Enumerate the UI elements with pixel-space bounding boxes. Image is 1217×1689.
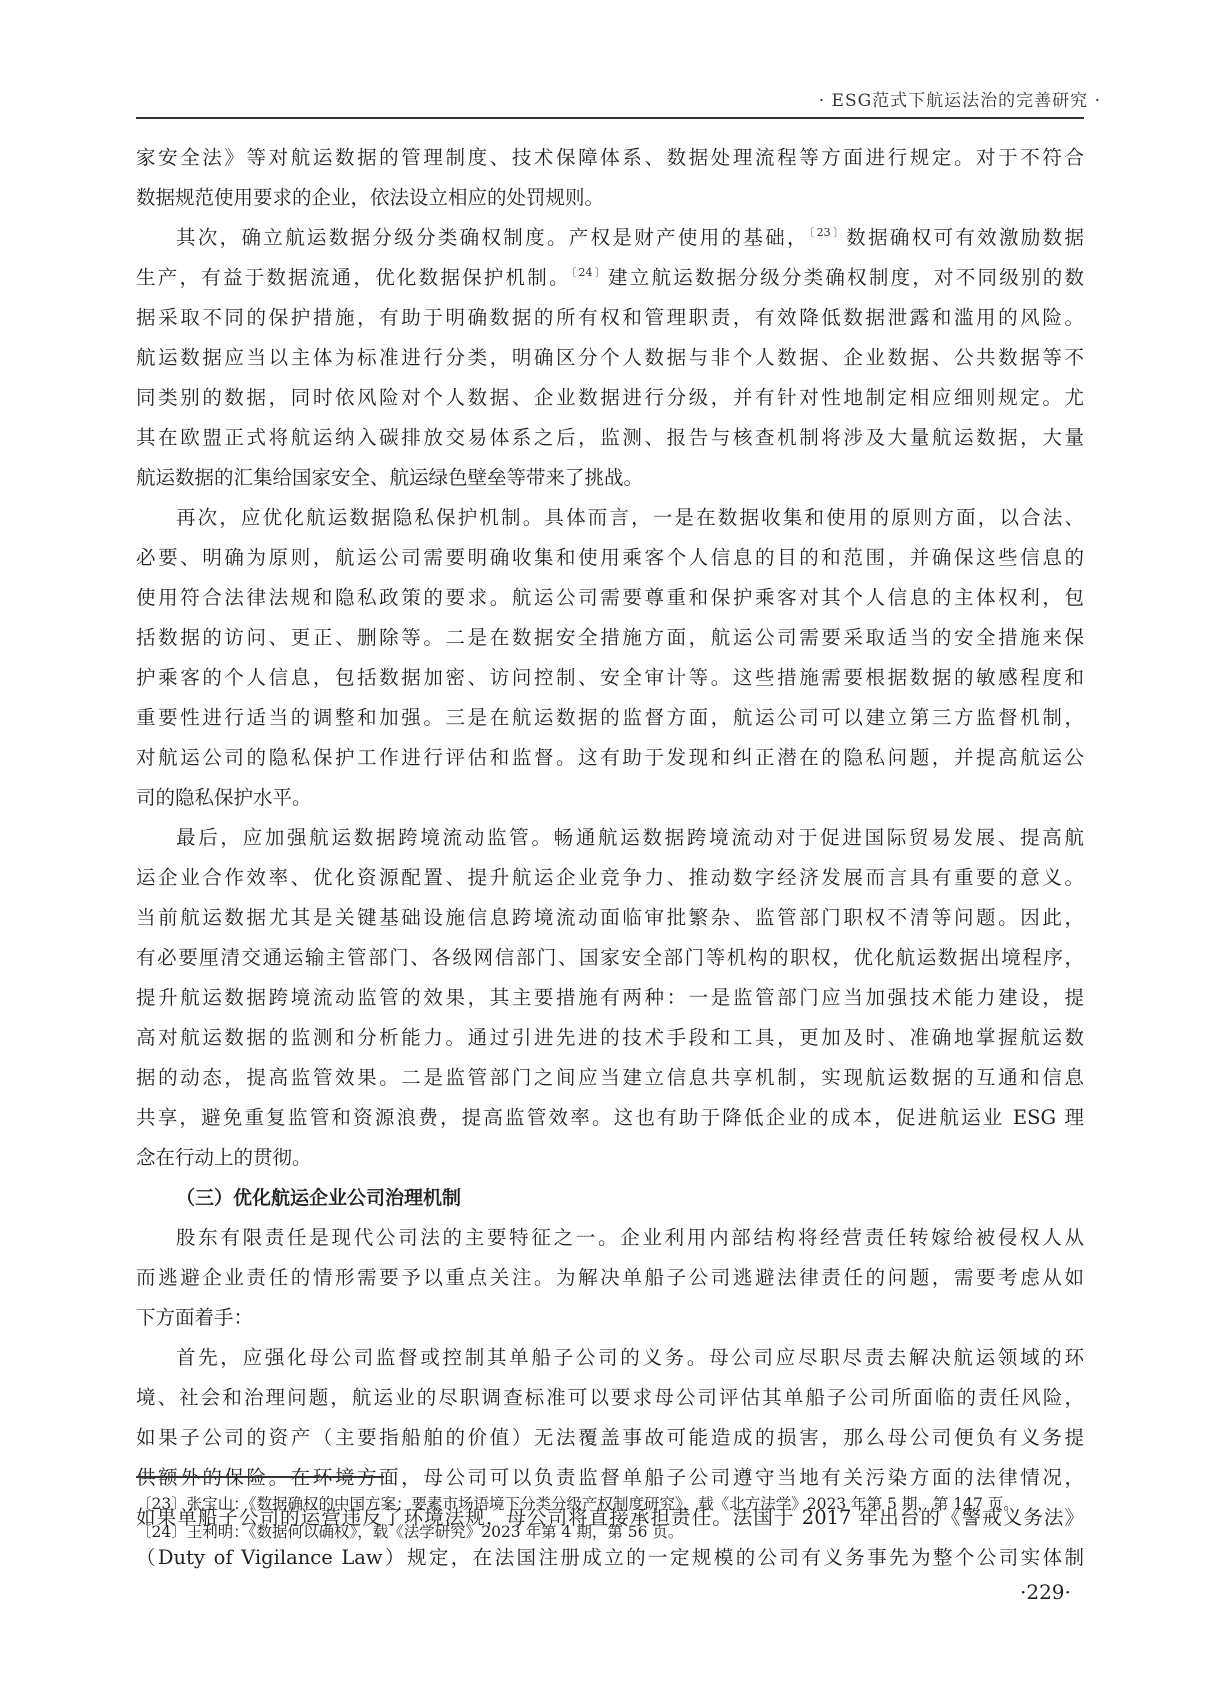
body-line: 使用符合法律法规和隐私政策的要求。航运公司需要尊重和保护乘客对其个人信息的主体权… — [136, 578, 1084, 618]
body-line: 重要性进行适当的调整和加强。三是在航运数据的监督方面，航运公司可以建立第三方监督… — [136, 698, 1084, 738]
body-line: 航运数据应当以主体为标准进行分类，明确区分个人数据与非个人数据、企业数据、公共数… — [136, 338, 1084, 378]
body-line: 股东有限责任是现代公司法的主要特征之一。企业利用内部结构将经营责任转嫁给被侵权人… — [136, 1218, 1084, 1258]
body-line: 必要、明确为原则，航运公司需要明确收集和使用乘客个人信息的目的和范围，并确保这些… — [136, 538, 1084, 578]
body-line: 如果子公司的资产（主要指船舶的价值）无法覆盖事故可能造成的损害，那么母公司便负有… — [136, 1418, 1084, 1458]
body-line: 运企业合作效率、优化资源配置、提升航运企业竞争力、推动数字经济发展而言具有重要的… — [136, 858, 1084, 898]
body-line: 其次，确立航运数据分级分类确权制度。产权是财产使用的基础，〔23〕数据确权可有效… — [136, 218, 1084, 258]
running-head-title: · ESG范式下航运法治的完善研究 · — [819, 86, 1101, 111]
body-line: 提升航运数据跨境流动监管的效果，其主要措施有两种：一是监管部门应当加强技术能力建… — [136, 978, 1084, 1018]
section-heading: （三）优化航运企业公司治理机制 — [136, 1178, 1084, 1218]
footnote-rule — [136, 1476, 384, 1478]
body-line: 下方面着手： — [136, 1298, 1084, 1338]
body-line: 境、社会和治理问题，航运业的尽职调查标准可以要求母公司评估其单船子公司所面临的责… — [136, 1378, 1084, 1418]
footnote-item: 〔23〕张宝山：《数据确权的中国方案：要素市场语境下分类分级产权制度研究》，载《… — [136, 1490, 1096, 1518]
body-line: 当前航运数据尤其是关键基础设施信息跨境流动面临审批繁杂、监管部门职权不清等问题。… — [136, 898, 1084, 938]
body-line: 司的隐私保护水平。 — [136, 778, 1084, 818]
body-line: 护乘客的个人信息，包括数据加密、访问控制、安全审计等。这些措施需要根据数据的敏感… — [136, 658, 1084, 698]
body-line: 有必要厘清交通运输主管部门、各级网信部门、国家安全部门等机构的职权，优化航运数据… — [136, 938, 1084, 978]
footnote-reference[interactable]: 〔24〕 — [571, 266, 608, 279]
body-line: 对航运公司的隐私保护工作进行评估和监督。这有助于发现和纠正潜在的隐私问题，并提高… — [136, 738, 1084, 778]
body-line: 而逃避企业责任的情形需要予以重点关注。为解决单船子公司逃避法律责任的问题，需要考… — [136, 1258, 1084, 1298]
page-number: ·229· — [1020, 1580, 1071, 1604]
body-text: 家安全法》等对航运数据的管理制度、技术保障体系、数据处理流程等方面进行规定。对于… — [136, 138, 1084, 1578]
body-line: 最后，应加强航运数据跨境流动监管。畅通航运数据跨境流动对于促进国际贸易发展、提高… — [136, 818, 1084, 858]
body-text-segment: 建立航运数据分级分类确权制度，对不同级别的数 — [608, 266, 1084, 289]
body-text-segment: 生产，有益于数据流通，优化数据保护机制。 — [136, 266, 571, 289]
body-line: 航运数据的汇集给国家安全、航运绿色壁垒等带来了挑战。 — [136, 458, 1084, 498]
body-line: 首先，应强化母公司监督或控制其单船子公司的义务。母公司应尽职尽责去解决航运领域的… — [136, 1338, 1084, 1378]
body-line: 高对航运数据的监测和分析能力。通过引进先进的技术手段和工具，更加及时、准确地掌握… — [136, 1018, 1084, 1058]
body-line: 念在行动上的贯彻。 — [136, 1138, 1084, 1178]
body-line: 其在欧盟正式将航运纳入碳排放交易体系之后，监测、报告与核查机制将涉及大量航运数据… — [136, 418, 1084, 458]
body-text-segment: 数据确权可有效激励数据 — [846, 226, 1084, 249]
body-line: 共享，避免重复监管和资源浪费，提高监管效率。这也有助于降低企业的成本，促进航运业… — [136, 1098, 1084, 1138]
footnotes: 〔23〕张宝山：《数据确权的中国方案：要素市场语境下分类分级产权制度研究》，载《… — [136, 1490, 1096, 1546]
footnote-item: 〔24〕王利明：《数据何以确权》，载《法学研究》2023 年第 4 期，第 56… — [136, 1518, 1096, 1546]
body-line: 据的动态，提高监管效果。二是监管部门之间应当建立信息共享机制，实现航运数据的互通… — [136, 1058, 1084, 1098]
body-line: 数据规范使用要求的企业，依法设立相应的处罚规则。 — [136, 178, 1084, 218]
body-line: 家安全法》等对航运数据的管理制度、技术保障体系、数据处理流程等方面进行规定。对于… — [136, 138, 1084, 178]
footnote-reference[interactable]: 〔23〕 — [809, 226, 846, 239]
body-line: 同类别的数据，同时依风险对个人数据、企业数据进行分级，并有针对性地制定相应细则规… — [136, 378, 1084, 418]
body-text-segment: 其次，确立航运数据分级分类确权制度。产权是财产使用的基础， — [176, 226, 809, 249]
body-line: 括数据的访问、更正、删除等。二是在数据安全措施方面，航运公司需要采取适当的安全措… — [136, 618, 1084, 658]
header-rule — [136, 117, 1084, 119]
body-line: 再次，应优化航运数据隐私保护机制。具体而言，一是在数据收集和使用的原则方面，以合… — [136, 498, 1084, 538]
body-line: 生产，有益于数据流通，优化数据保护机制。〔24〕建立航运数据分级分类确权制度，对… — [136, 258, 1084, 298]
body-line: 据采取不同的保护措施，有助于明确数据的所有权和管理职责，有效降低数据泄露和滥用的… — [136, 298, 1084, 338]
